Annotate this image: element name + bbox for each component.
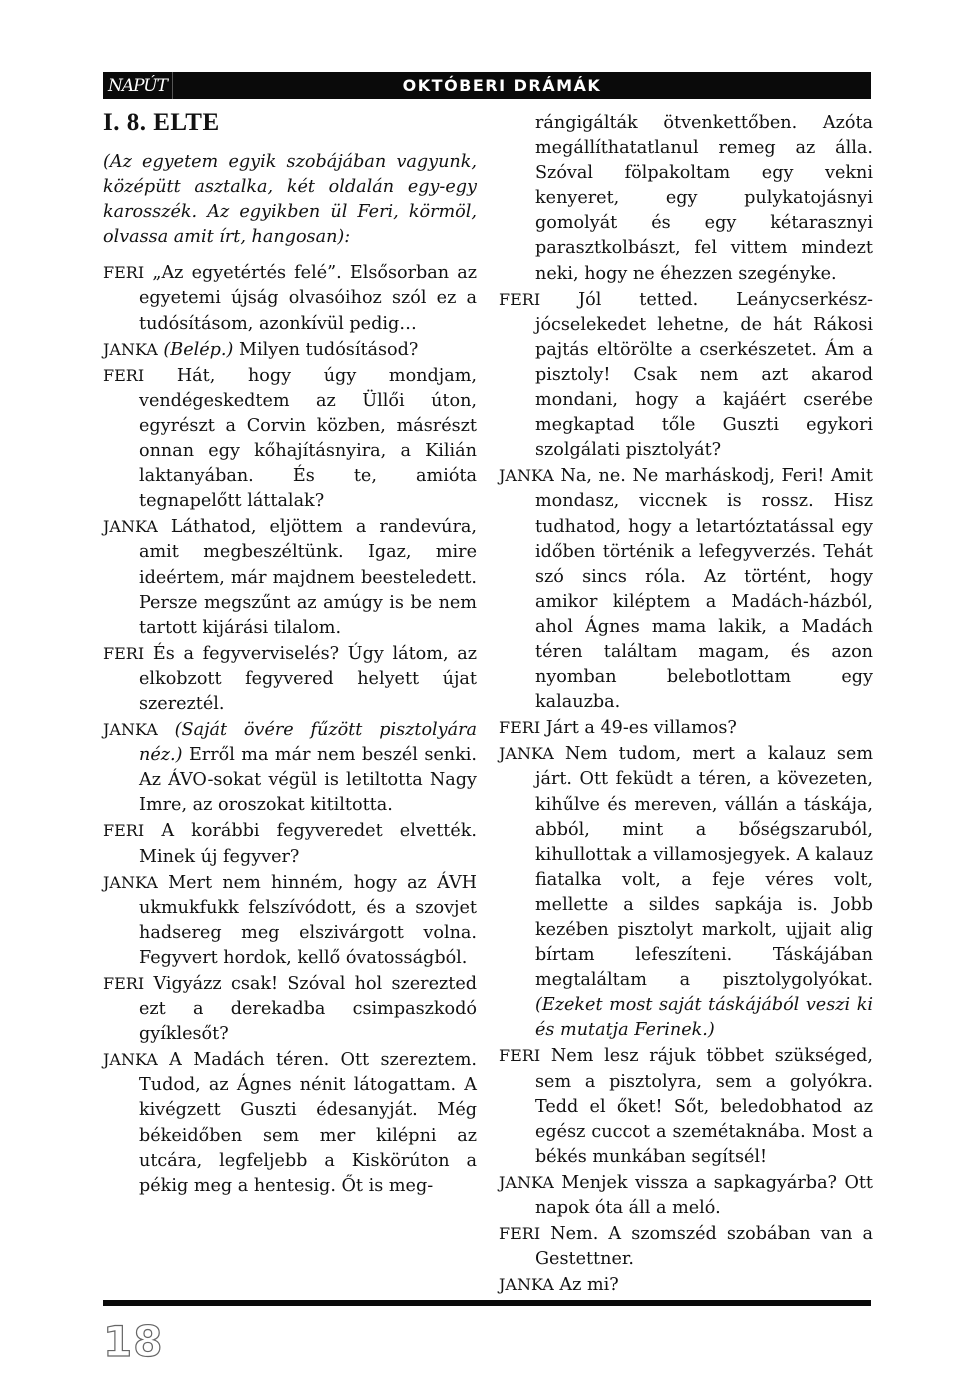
footer-rule — [103, 1300, 871, 1306]
dialogue-text: És a fegyverviselés? Úgy látom, az elkob… — [139, 644, 477, 714]
dialogue-line: JANKA Láthatod, eljöttem a randevúra, am… — [103, 514, 477, 640]
dialogue-text: Hát, hogy úgy mondjam, vendégeskedtem az… — [139, 366, 477, 511]
dialogue-line: FERI És a fegyverviselés? Úgy látom, az … — [103, 641, 477, 717]
speaker-name: JANKA — [103, 720, 158, 739]
speaker-name: JANKA — [103, 1050, 158, 1069]
speaker-name: FERI — [103, 263, 144, 282]
section-title: OKTÓBERI DRÁMÁK — [173, 76, 871, 95]
dialogue-line: JANKA A Madách téren. Ott szereztem. Tud… — [103, 1047, 477, 1199]
dialogue-text: Nem lesz rájuk többet szükséged, sem a p… — [535, 1046, 873, 1166]
speaker-name: FERI — [499, 290, 540, 309]
dialogue-line: JANKA Mert nem hinném, hogy az ÁVH ukmuk… — [103, 870, 477, 971]
dialogue-line: FERI „Az egyetértés felé”. Elsősorban az… — [103, 260, 477, 336]
speaker-name: FERI — [103, 821, 144, 840]
dialogue-text: Na, ne. Ne marháskodj, Feri! Amit mondas… — [535, 466, 873, 712]
dialogue-continuation: rángigálták ötvenkettőben. Azóta megállí… — [499, 111, 873, 287]
dialogue-line: FERI A korábbi fegyveredet elvették. Min… — [103, 818, 477, 869]
dialogue-text: A Madách téren. Ott szereztem. Tudod, az… — [139, 1050, 477, 1195]
dialogue-text: A korábbi fegyveredet elvették. Minek új… — [139, 821, 477, 866]
dialogue-text: Járt a 49-es villamos? — [546, 718, 737, 738]
dialogue-line: JANKA Az mi? — [499, 1272, 873, 1298]
speaker-name: FERI — [499, 718, 540, 737]
dialogue-text: Milyen tudósításod? — [239, 340, 418, 360]
dialogue-text: Mert nem hinném, hogy az ÁVH ukmukfukk f… — [139, 873, 477, 968]
dialogue-text: Az mi? — [559, 1275, 618, 1295]
right-column: rángigálták ötvenkettőben. Azóta megállí… — [499, 111, 873, 1298]
page-number: 18 — [103, 1320, 163, 1364]
speaker-name: JANKA — [499, 1173, 554, 1192]
speaker-name: JANKA — [103, 340, 158, 359]
dialogue-text: „Az egyetértés felé”. Elsősorban az egye… — [139, 263, 477, 333]
dialogue-line: FERI Járt a 49-es villamos? — [499, 715, 873, 741]
dialogue-text: Nem tudom, mert a kalauz sem járt. Ott f… — [535, 744, 873, 990]
dialogue-line: JANKA Na, ne. Ne marháskodj, Feri! Amit … — [499, 463, 873, 715]
dialogue-text: Jól tetted. Leánycserkész-jócselekedet l… — [535, 290, 873, 461]
stage-direction-inline: (Ezeket most saját táskájából veszi ki é… — [535, 995, 873, 1040]
speaker-name: JANKA — [499, 744, 554, 763]
dialogue-line: JANKA (Saját övére fűzött pisztolyára né… — [103, 717, 477, 818]
dialogue-text: Láthatod, eljöttem a randevúra, amit meg… — [139, 517, 477, 637]
dialogue-text: Erről ma már nem beszél senki. Az ÁVO-so… — [139, 745, 477, 815]
dialogue-line: FERI Vigyázz csak! Szóval hol szerezted … — [103, 971, 477, 1047]
speaker-name: FERI — [103, 974, 144, 993]
dialogue-line: JANKA Menjek vissza a sapkagyárba? Ott n… — [499, 1170, 873, 1221]
speaker-name: JANKA — [103, 873, 158, 892]
dialogue-text: Vigyázz csak! Szóval hol szerezted ezt a… — [139, 974, 477, 1044]
speaker-name: JANKA — [499, 466, 554, 485]
speaker-name: FERI — [103, 644, 144, 663]
speaker-name: JANKA — [499, 1275, 554, 1294]
speaker-name: FERI — [103, 366, 144, 385]
speaker-name: FERI — [499, 1046, 540, 1065]
dialogue-line: FERI Hát, hogy úgy mondjam, vendégeskedt… — [103, 363, 477, 515]
dialogue-line: FERI Nem lesz rájuk többet szükséged, se… — [499, 1043, 873, 1169]
left-column: I. 8. ELTE (Az egyetem egyik szobájában … — [103, 108, 477, 1199]
dialogue-text: Nem. A szomszéd szobában van a Gestettne… — [535, 1224, 873, 1269]
running-header: NAPÚT OKTÓBERI DRÁMÁK — [103, 72, 871, 99]
dialogue-text: Menjek vissza a sapkagyárba? Ott napok ó… — [535, 1173, 873, 1218]
journal-logo: NAPÚT — [103, 72, 173, 99]
speaker-name: FERI — [499, 1224, 540, 1243]
dialogue-line: FERI Nem. A szomszéd szobában van a Gest… — [499, 1221, 873, 1272]
stage-direction-inline: (Belép.) — [163, 340, 233, 360]
stage-direction: (Az egyetem egyik szobájában vagyunk, kö… — [103, 150, 477, 250]
scene-title: I. 8. ELTE — [103, 108, 477, 138]
dialogue-line: FERI Jól tetted. Leánycserkész-jócseleke… — [499, 287, 873, 464]
speaker-name: JANKA — [103, 517, 158, 536]
dialogue-line: JANKA (Belép.) Milyen tudósításod? — [103, 337, 477, 363]
dialogue-line: JANKA Nem tudom, mert a kalauz sem járt.… — [499, 741, 873, 1043]
